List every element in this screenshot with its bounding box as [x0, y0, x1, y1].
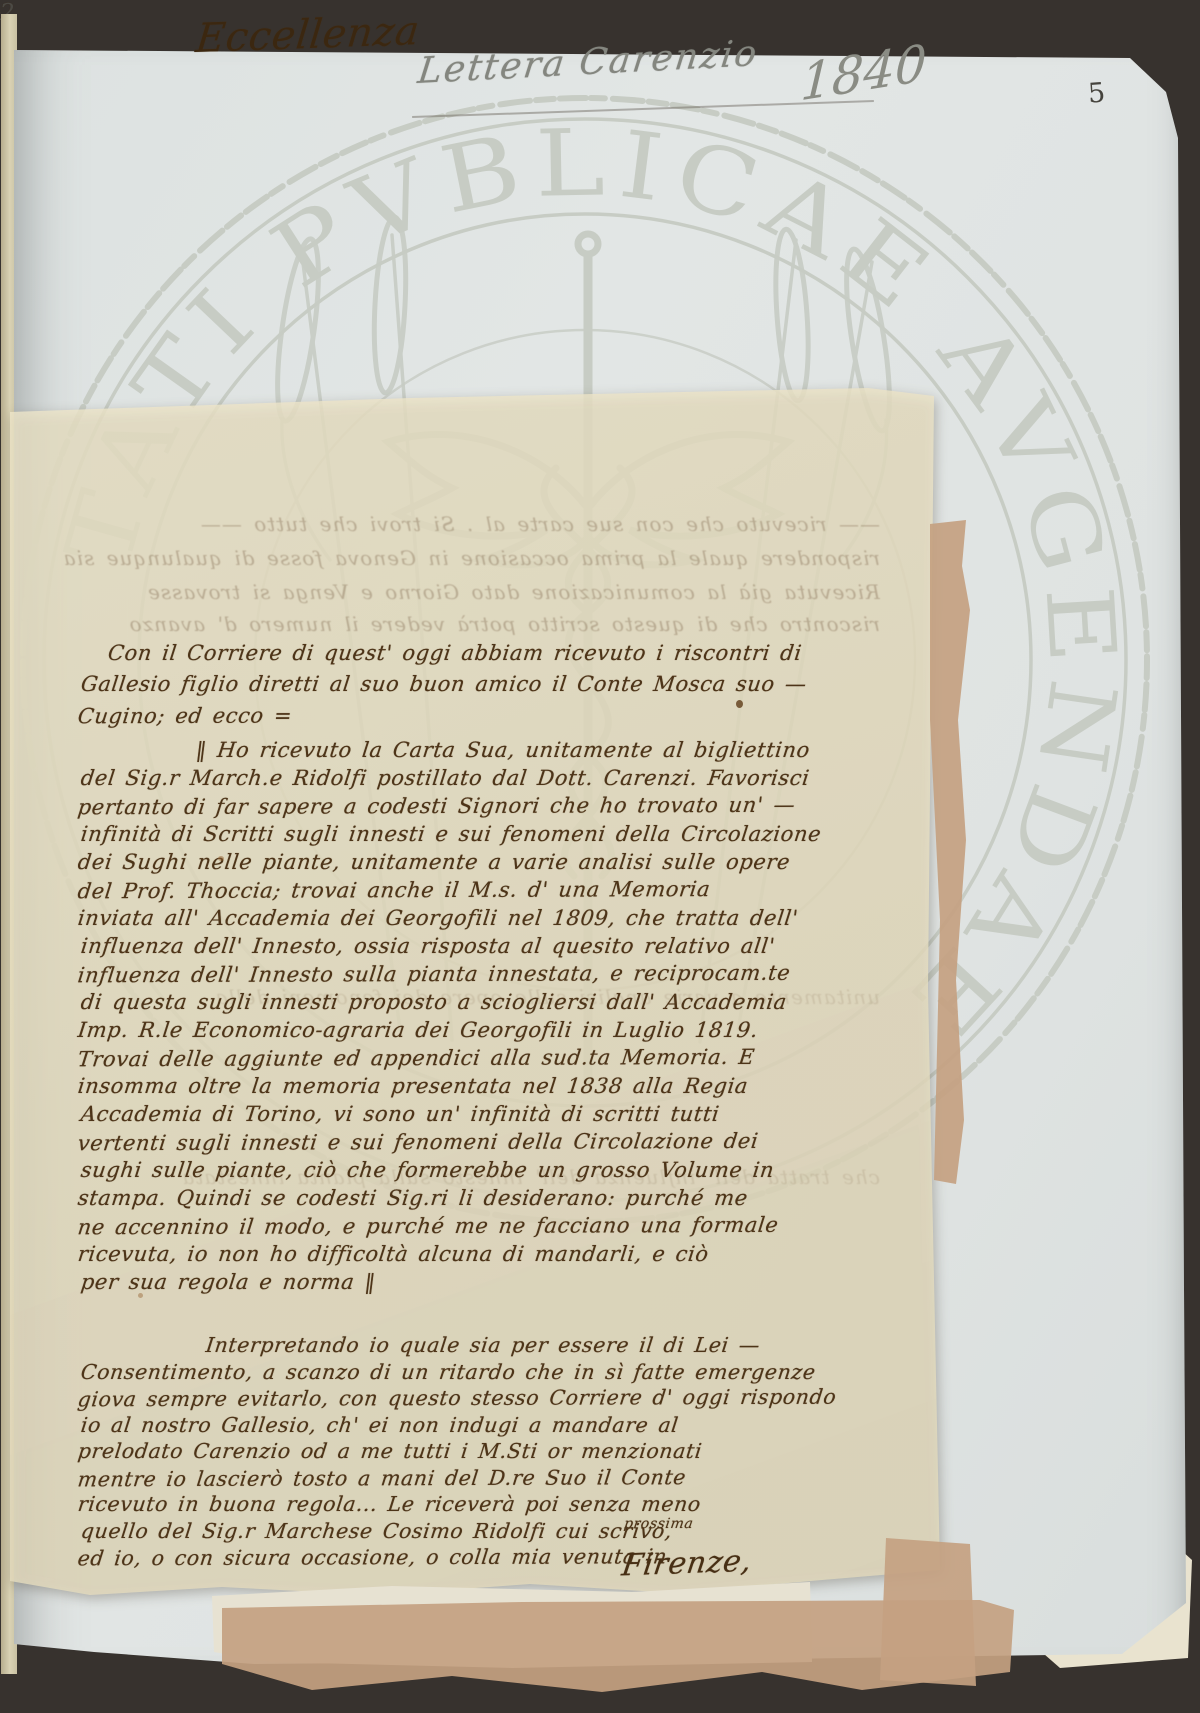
manuscript-line: sughi sulle piante, ciò che formerebbe u… [79, 1156, 823, 1184]
manuscript-line: vertenti sugli innesti e sui fenomeni de… [76, 1127, 820, 1158]
letter-text: Con il Corriere di quest' oggi abbiam ri… [10, 388, 952, 1603]
manuscript-line: di questa sugli innesti proposto a sciog… [79, 988, 823, 1016]
manuscript-line: Imp. R.le Economico-agraria dei Georgofi… [76, 1016, 820, 1044]
manuscript-line: Accademia di Torino, vi sono un' infinit… [79, 1100, 823, 1128]
manuscript-line: inviata all' Accademia dei Georgofili ne… [76, 904, 820, 932]
manuscript-line: influenza dell' Innesto sulla pianta inn… [76, 959, 820, 990]
manuscript-line: per sua regola e norma ‖ [79, 1268, 823, 1296]
closing-place: Firenze, [620, 1544, 755, 1584]
fox-spot [218, 856, 224, 861]
fox-spot [138, 1293, 143, 1298]
manuscript-line: quello del Sig.r Marchese Cosimo Ridolfi… [79, 1518, 840, 1545]
manuscript-line: Consentimento, a scanzo di un ritardo ch… [79, 1359, 840, 1386]
manuscript-line: io al nostro Gallesio, ch' ei non indugi… [79, 1412, 840, 1439]
interlinear-insertion: prossima [623, 1516, 695, 1532]
manuscript-line: influenza dell' Innesto, ossia risposta … [79, 932, 823, 960]
manuscript-line: Interpretando io quale sia per essere il… [76, 1332, 837, 1359]
manuscript-line: pertanto di far sapere a codesti Signori… [76, 791, 820, 822]
manuscript-line: mentre io lascierò tosto a mani del D.re… [76, 1463, 838, 1492]
manuscript-line: dei Sughi nelle piante, unitamente a var… [76, 848, 820, 876]
ink-blot [736, 700, 743, 708]
manuscript-line: Con il Corriere di quest' oggi abbiam ri… [76, 638, 806, 669]
manuscript-line: ricevuto in buona regola... Le riceverà … [76, 1491, 837, 1518]
folio-number: 5 [1087, 77, 1106, 109]
paragraph: Con il Corriere di quest' oggi abbiam ri… [78, 638, 804, 731]
salutation: Eccellenza [194, 8, 422, 62]
manuscript-line: del Prof. Thoccia; trovai anche il M.s. … [76, 875, 820, 906]
manuscript-line: insomma oltre la memoria presentata nel … [76, 1072, 820, 1100]
manuscript-line: ‖ Ho ricevuto la Carta Sua, unitamente a… [76, 736, 820, 764]
manuscript-line: ricevuta, io non ho difficoltà alcuna di… [76, 1240, 820, 1268]
paragraph: ‖ Ho ricevuto la Carta Sua, unitamente a… [78, 736, 818, 1296]
manuscript-line: del Sig.r March.e Ridolfi postillato dal… [79, 764, 823, 792]
manuscript-line: Cugino; ed ecco = [76, 699, 806, 733]
manuscript-line: stampa. Quindi se codesti Sig.ri li desi… [76, 1184, 820, 1212]
manuscript-line: infinità di Scritti sugli innesti e sui … [79, 820, 823, 848]
manuscript-line: prelodato Carenzio od a me tutti i M.Sti… [76, 1438, 837, 1465]
manuscript-line: Trovai delle aggiunte ed appendici alla … [76, 1043, 820, 1074]
repair-tape-bottom [222, 1600, 1014, 1692]
paragraph: Interpretando io quale sia per essere il… [78, 1332, 836, 1571]
manuscript-line: Gallesio figlio diretti al suo buon amic… [79, 669, 809, 700]
manuscript-line: giova sempre evitarlo, con questo stesso… [76, 1384, 838, 1413]
archival-scan: TATI PVBLICAE AVGENDAE 5 2 Eccellenza Le… [0, 0, 1200, 1713]
manuscript-line: ne accennino il modo, e purché me ne fac… [76, 1211, 820, 1242]
letter-page-number: 2 [0, 0, 1200, 26]
